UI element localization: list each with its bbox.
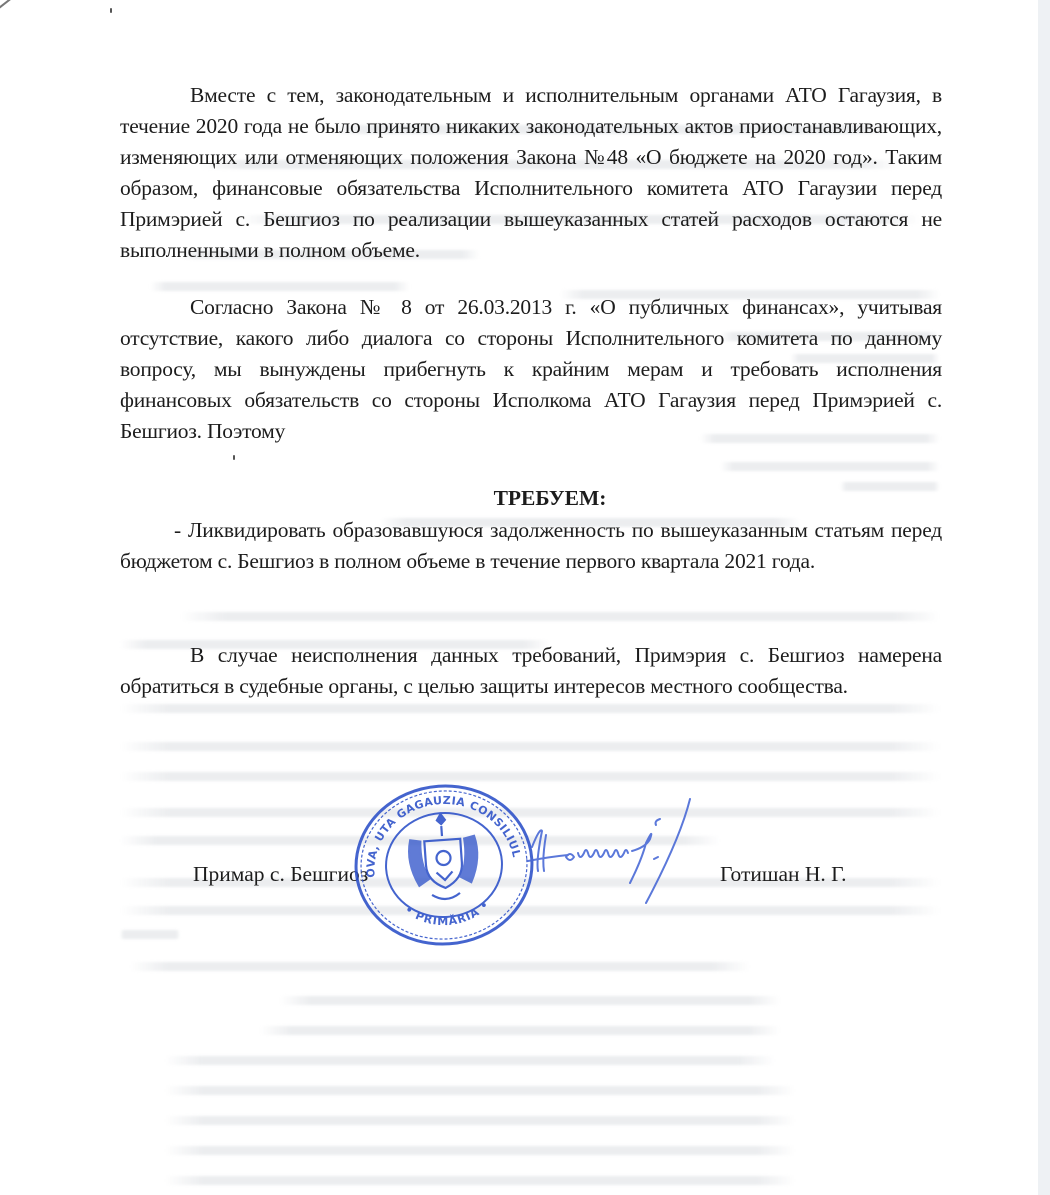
paragraph-public-finance-law: Согласно Закона № 8 от 26.03.2013 г. «О … <box>120 292 942 447</box>
signatory-name: Готишан Н. Г. <box>720 859 847 890</box>
official-stamp-icon: REPUBLICA MOLDOVA, UTA GAGAUZIA CONSILIU… <box>344 776 543 955</box>
signatory-title: Примар с. Бешгиоз <box>193 859 368 890</box>
paragraph-legislative-status: Вместе с тем, законодательным и исполнит… <box>120 80 942 266</box>
demand-item: - Ликвидировать образовавшуюся задолженн… <box>120 515 942 577</box>
scan-speck <box>233 455 235 460</box>
page-corner-mark <box>0 0 22 16</box>
svg-text:• PRIMĂRIA •: • PRIMĂRIA • <box>401 897 493 931</box>
scan-speck <box>110 8 112 13</box>
stamp-bottom-text: • PRIMĂRIA • <box>401 897 493 931</box>
paragraph-court-warning: В случае неисполнения данных требований,… <box>120 640 942 702</box>
handwritten-signature-icon <box>520 795 700 910</box>
page-edge-strip <box>1038 0 1050 1195</box>
demand-heading: ТРЕБУЕМ: <box>120 483 942 514</box>
